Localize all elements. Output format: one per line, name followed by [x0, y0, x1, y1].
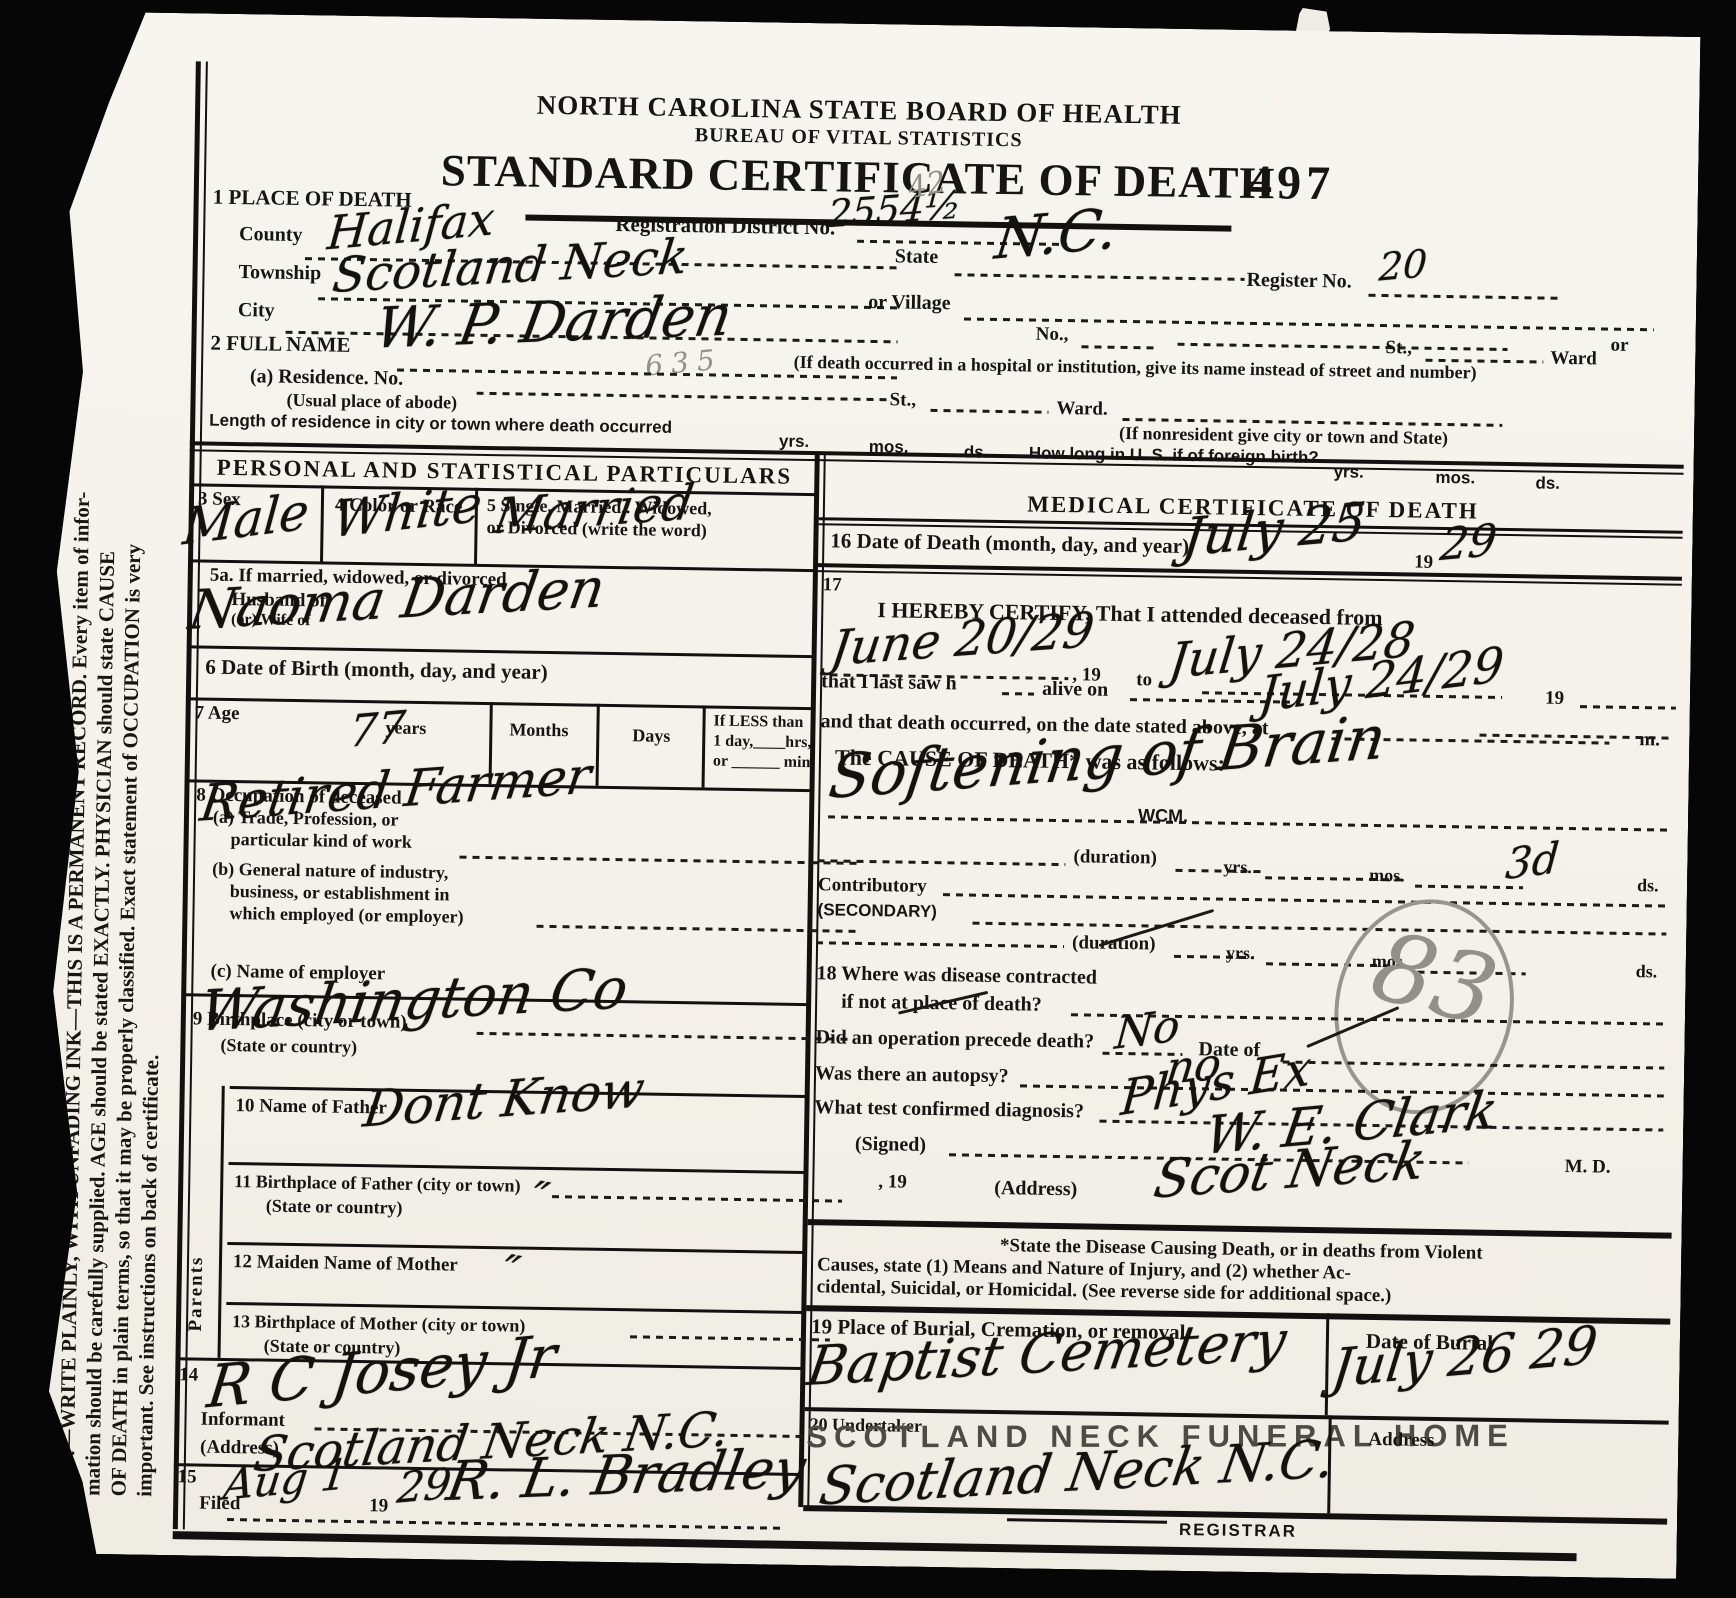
duration2-ds-label: ds.: [1636, 962, 1658, 981]
last-saw-label: that I last saw h: [821, 671, 957, 694]
occupation-b-label-1: (b) General nature of industry,: [212, 860, 448, 883]
race-value: White: [331, 478, 485, 545]
duration2-label: (duration): [1072, 933, 1156, 954]
county-label: County: [239, 224, 303, 246]
sex-value: Male: [181, 486, 311, 553]
physician-address: Scot Neck: [1150, 1135, 1429, 1207]
less-label-3: or ______ min.: [713, 754, 815, 772]
bottom-border: [173, 1531, 1577, 1561]
age-label: 7 Age: [194, 703, 239, 724]
undertaker-address-label: Address: [1368, 1430, 1434, 1451]
operation-label: Did an operation precede death?: [815, 1027, 1094, 1052]
yrs-label-2: yrs.: [1333, 463, 1364, 481]
full-name-label: 2 FULL NAME: [210, 332, 350, 356]
township-label: Township: [238, 262, 321, 284]
duration-mos-label: mos.: [1369, 866, 1405, 885]
pencil-mark: 42: [905, 167, 948, 204]
wcm-mark: WCM.: [1138, 806, 1188, 826]
scanned-death-certificate: { "margin_note": { "line1": "N. B.—WRITE…: [0, 0, 1736, 1598]
residence-ward-label: Ward.: [1056, 399, 1108, 420]
dod-19: 19: [1414, 553, 1433, 573]
filed-19: 19: [369, 1496, 388, 1516]
residence-st-label: St.,: [889, 390, 916, 410]
dotted-line: [817, 859, 1065, 866]
certificate-paper: N. B.—WRITE PLAINLY, WITH UNFADING INK—T…: [26, 11, 1700, 1579]
duration-ds-label: ds.: [1637, 876, 1659, 895]
certificate-number: 497: [1248, 158, 1336, 210]
st-label: St.,: [1385, 338, 1412, 358]
duration2-yrs-label: yrs.: [1226, 944, 1255, 963]
ds-label-2: ds.: [1535, 474, 1560, 492]
registrar-signature: R. L. Bradley: [443, 1442, 809, 1509]
signed-label: (Signed): [855, 1134, 926, 1156]
duration-label: (duration): [1073, 847, 1157, 868]
duration-yrs-label: yrs.: [1223, 858, 1252, 877]
occupation-b-label-2: business, or establishment in: [230, 882, 450, 904]
father-birthplace-value: ″: [528, 1176, 552, 1222]
alive-on-label: alive on: [1042, 679, 1108, 701]
date-of-death-value: July 25: [1180, 496, 1369, 565]
dotted-line: [828, 815, 1668, 831]
dotted-line: [630, 1335, 830, 1341]
to-label: to: [1136, 670, 1152, 690]
dotted-line: [1002, 692, 1034, 696]
abode-label: (Usual place of abode): [286, 391, 457, 413]
months-label: Months: [509, 720, 568, 740]
m-label: m.: [1639, 730, 1660, 750]
register-no-value: 20: [1378, 244, 1428, 287]
state-label: State: [895, 246, 939, 268]
father-value: Dont Know: [360, 1064, 647, 1135]
occupation-a-label-2: particular kind of work: [230, 830, 411, 852]
dotted-line: [930, 409, 1048, 414]
secondary-label: (SECONDARY): [817, 901, 937, 921]
nonresident-note: (If nonresident give city or town and St…: [1119, 424, 1448, 448]
parents-label: Parents: [186, 1091, 210, 1331]
state-value: N.C.: [992, 201, 1120, 269]
registrar-line: [1007, 1518, 1167, 1524]
residence-label: (a) Residence. No.: [250, 366, 404, 389]
less-label-1: If LESS than: [713, 714, 803, 732]
md-label: M. D.: [1565, 1157, 1611, 1178]
cell-divider: [474, 488, 478, 566]
dotted-line: [459, 856, 857, 865]
address-label: (Address): [994, 1178, 1077, 1200]
test-label: What test confirmed diagnosis?: [814, 1097, 1084, 1122]
autopsy-label: Was there an autopsy?: [815, 1063, 1009, 1087]
attended-from-value: June 20/29: [828, 606, 1097, 673]
dotted-line: [955, 273, 1245, 281]
rule: [190, 697, 812, 710]
dotted-line: [477, 392, 892, 402]
cell-divider: [1325, 1313, 1330, 1415]
filed-number: 15: [177, 1467, 196, 1487]
dod-year: 29: [1438, 519, 1499, 569]
parents-bracket: [218, 1086, 225, 1358]
contributory-label: Contributory: [818, 875, 927, 897]
days-label: Days: [632, 726, 670, 745]
hospital-note: (If death occurred in a hospital or inst…: [695, 351, 1575, 384]
dotted-line: [816, 941, 1064, 948]
item-17: 17: [823, 575, 842, 595]
disease-contracted-label-1: 18 Where was disease contracted: [816, 963, 1097, 988]
dotted-line: [1580, 705, 1676, 710]
dotted-line: [1081, 345, 1159, 349]
cell-divider: [320, 485, 324, 563]
mother-value: ″: [499, 1249, 523, 1295]
register-no-label: Register No.: [1246, 270, 1351, 293]
occupation-b-label-3: which employed (or employer): [229, 904, 463, 927]
dotted-line: [477, 1032, 855, 1041]
mother-label: 12 Maiden Name of Mother: [233, 1252, 458, 1275]
no-label: No.,: [1036, 325, 1069, 345]
less-label-2: 1 day,____hrs,: [713, 734, 812, 752]
dotted-line: [227, 1518, 782, 1530]
margin-instructions: N. B.—WRITE PLAINLY, WITH UNFADING INK—T…: [53, 95, 183, 1497]
cell-divider: [702, 705, 706, 787]
or-village-label: or Village: [868, 292, 951, 314]
informant-value: R C Josey Jr: [204, 1326, 559, 1416]
father-birthplace-label-2: (State or country): [266, 1197, 403, 1218]
dotted-line: [552, 1195, 842, 1203]
age-value: 77: [348, 706, 408, 755]
city-label: City: [238, 300, 275, 322]
length-residence-label: Length of residence in city or town wher…: [209, 412, 672, 437]
address-19: , 19: [878, 1172, 907, 1192]
occupation-value: Retired Farmer: [197, 750, 594, 829]
duration-value: 3d: [1504, 837, 1561, 886]
yrs-label: yrs.: [779, 433, 810, 451]
or-label: or: [1610, 336, 1628, 356]
dob-label: 6 Date of Birth (month, day, and year): [205, 656, 548, 683]
dotted-line: [1178, 343, 1508, 351]
to-19: 19: [1545, 689, 1564, 709]
informant-number: 14: [179, 1365, 198, 1385]
registrar-label: REGISTRAR: [1179, 1521, 1297, 1541]
father-birthplace-label-1: 11 Birthplace of Father (city or town): [234, 1172, 521, 1195]
dotted-line: [943, 893, 1667, 907]
date-of-death-label: 16 Date of Death (month, day, and year): [830, 529, 1189, 557]
mos-label-2: mos.: [1435, 469, 1475, 487]
marital-value: Married: [491, 478, 697, 541]
cell-divider: [596, 704, 600, 786]
filed-value: Aug 1: [221, 1453, 350, 1507]
dotted-line: [1368, 294, 1558, 300]
